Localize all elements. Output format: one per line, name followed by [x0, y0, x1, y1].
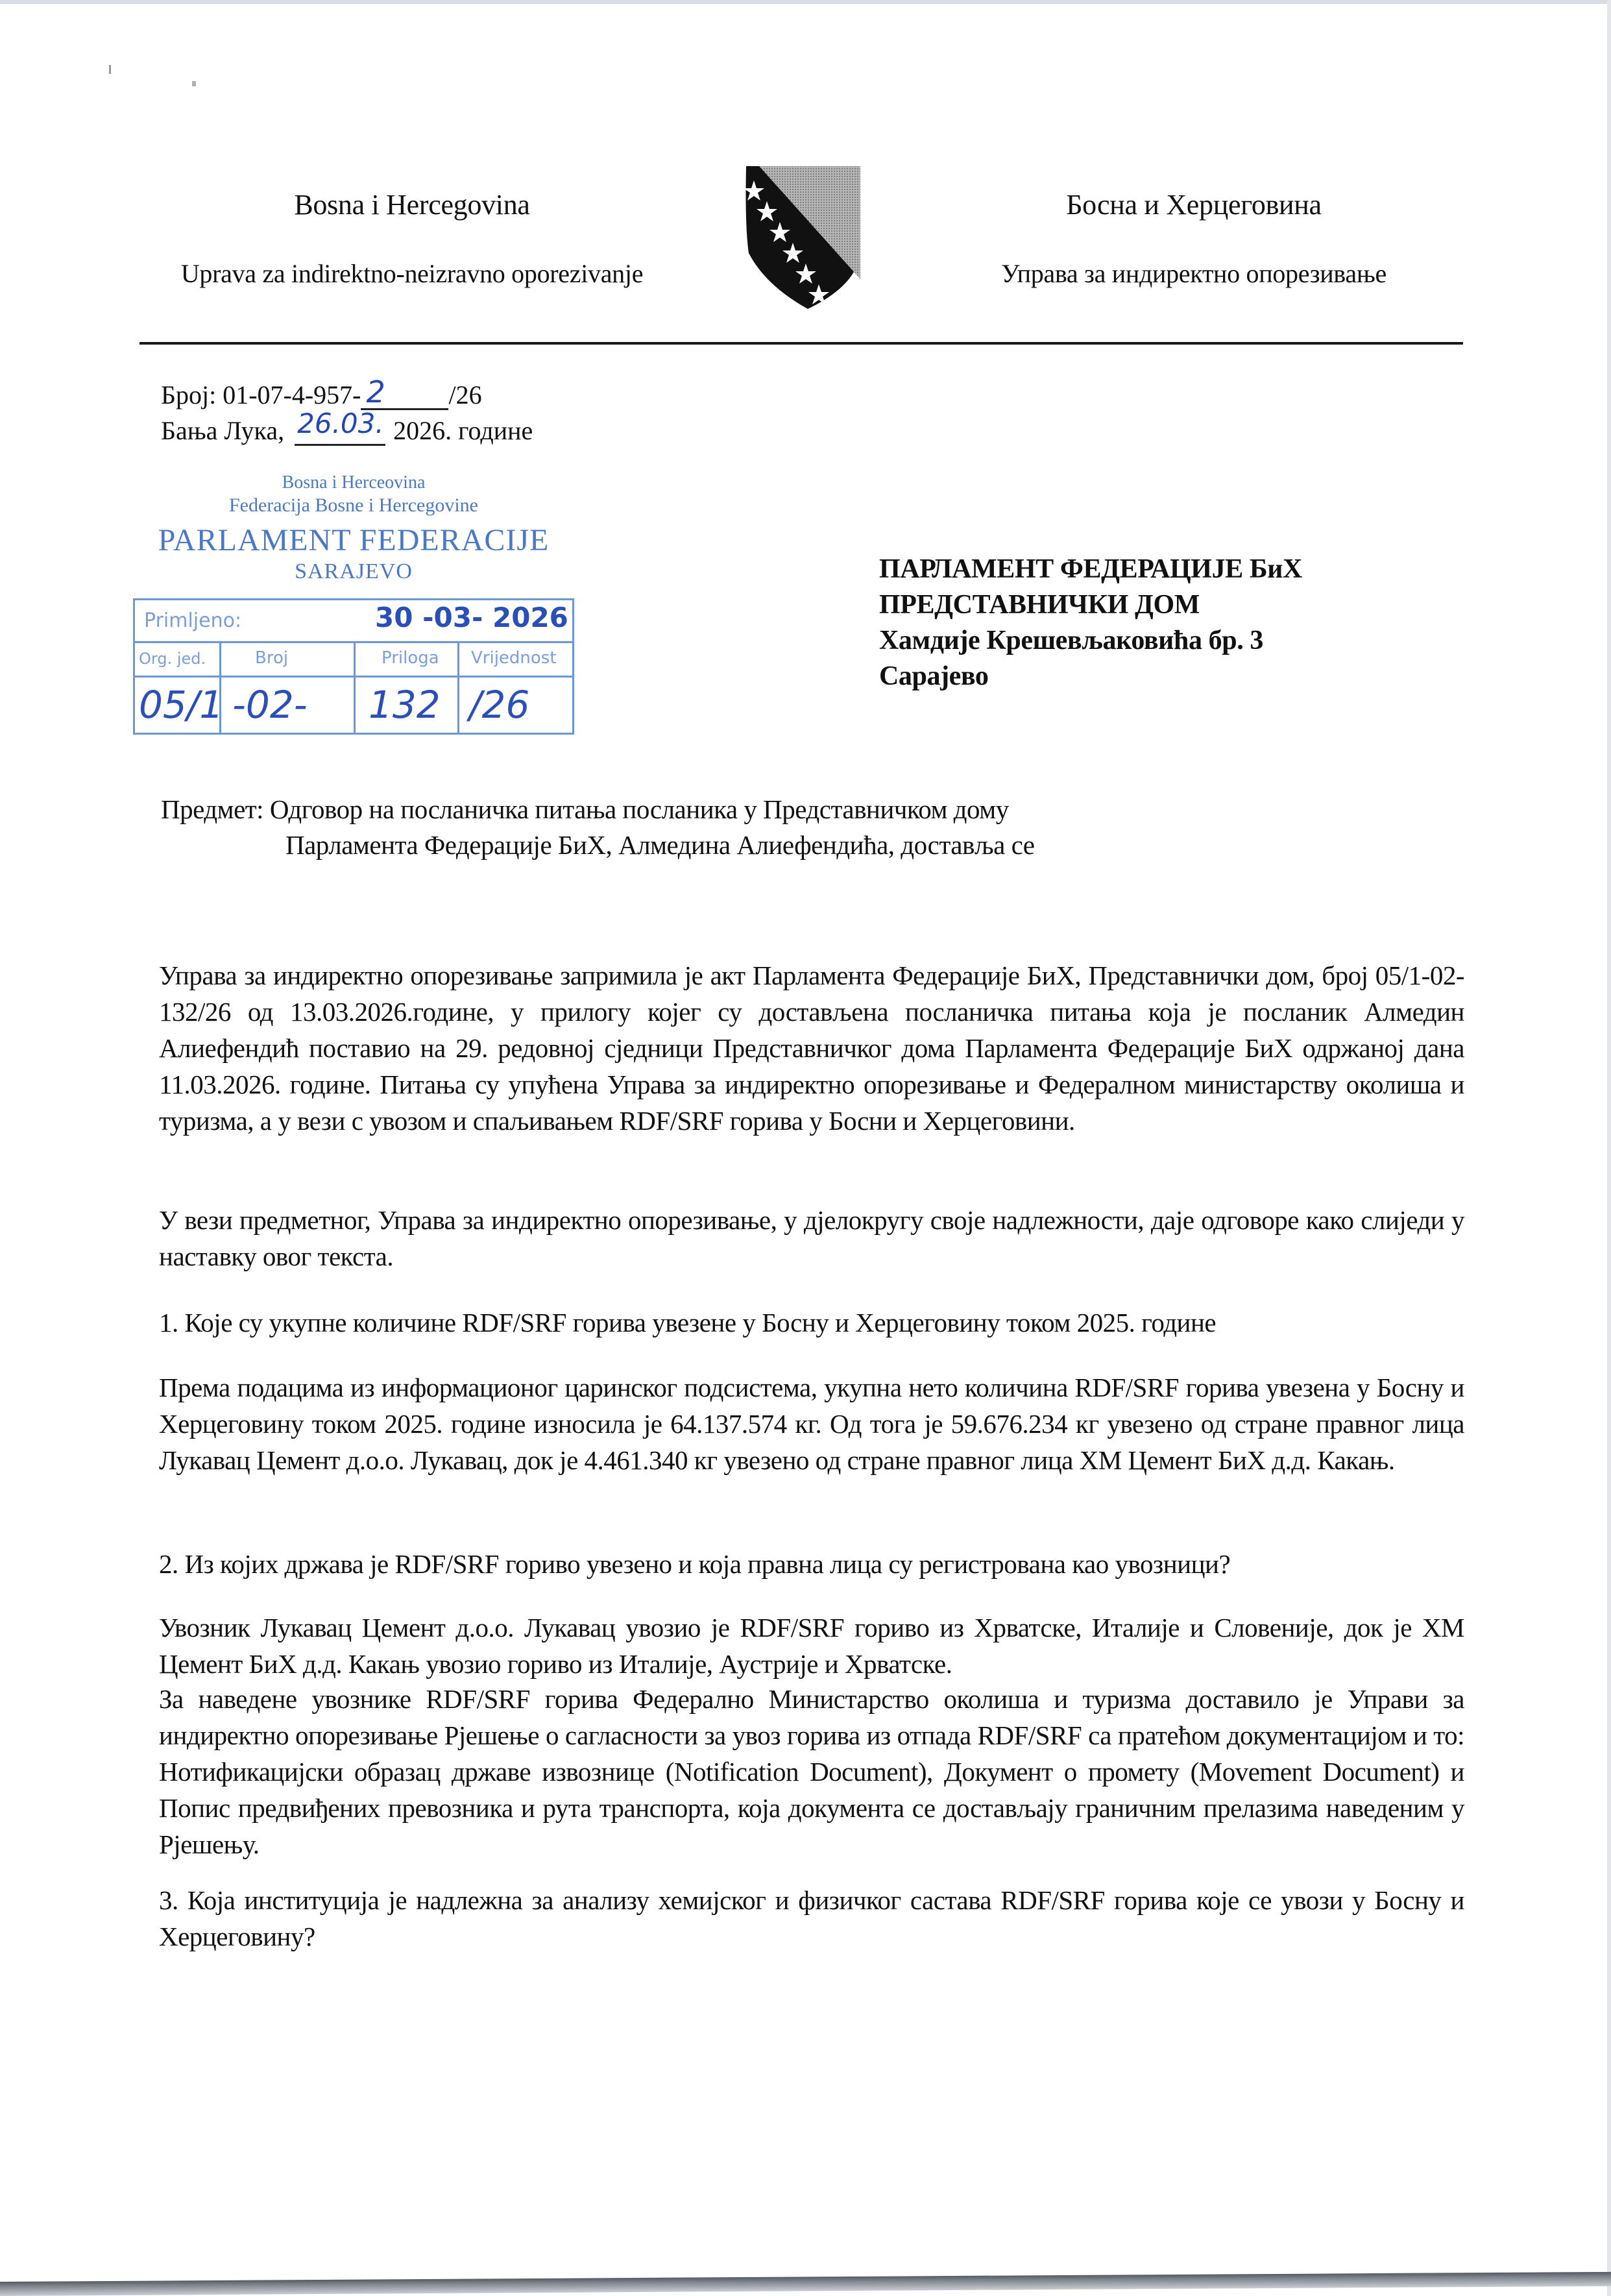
reference-year-suffix: 2026. године — [393, 416, 533, 445]
reference-date-blank: 26.03. — [295, 415, 385, 446]
stamp-col-vrijednost: Vrijednost — [471, 648, 557, 668]
question-3: 3. Која институција је надлежна за анали… — [159, 1882, 1464, 1955]
scan-speck — [109, 65, 111, 74]
reference-number-suffix: /26 — [448, 380, 481, 409]
body-paragraph-intro: Управа за индиректно опорезивање заприми… — [159, 957, 1464, 1139]
bih-coat-of-arms-icon — [740, 162, 869, 311]
stamp-values-row: 05/1 -02- 132 /26 — [135, 678, 572, 733]
stamp-received-row: Primljeno: 30 -03- 2026 — [135, 600, 572, 643]
stamp-value-org: 05/1 — [139, 683, 223, 727]
addressee-line-2: ПРЕДСТАВНИЧКИ ДОМ — [879, 587, 1302, 623]
reference-number-label: Број: 01-07-4-957- — [161, 380, 361, 409]
question-2: 2. Из којих држава је RDF/SRF гориво уве… — [159, 1546, 1464, 1582]
scan-speck — [192, 81, 196, 86]
stamp-line-2: Federacija Bosne i Hercegovine — [133, 495, 574, 517]
reference-number-blank: 2 — [361, 381, 448, 410]
subject-label: Предмет: — [161, 794, 263, 824]
stamp-value-vrijednost: /26 — [469, 683, 529, 727]
stamp-received-date: 30 -03- 2026 — [375, 602, 568, 633]
subject-line-1: Предмет: Одговор на посланичка питања по… — [161, 792, 1009, 827]
body-paragraph-response: У вези предметног, Управа за индиректно … — [159, 1202, 1464, 1275]
answer-2-documents: За наведене увознике RDF/SRF горива Феде… — [159, 1681, 1464, 1862]
addressee-line-1: ПАРЛАМЕНТ ФЕДЕРАЦИЈЕ БиХ — [879, 552, 1302, 587]
header-divider — [139, 342, 1463, 345]
stamp-received-label: Primljeno: — [144, 609, 241, 632]
question-1: 1. Које су укупне количине RDF/SRF горив… — [159, 1304, 1464, 1341]
scan-edge-right — [1607, 0, 1611, 2296]
reference-place-label: Бања Лука, — [161, 416, 284, 445]
header-right-title: Босна и Херцеговина — [967, 188, 1421, 221]
reference-place-date: Бања Лука, 26.03.2026. године — [161, 415, 533, 446]
reference-number: Број: 01-07-4-957-2/26 — [161, 380, 482, 410]
subject-text-1: Одговор на посланичка питања посланика у… — [270, 794, 1009, 824]
stamp-line-3: PARLAMENT FEDERACIJE — [133, 522, 574, 558]
header-left-subtitle: Uprava za indirektno-neizravno oporeziva… — [149, 258, 675, 289]
stamp-col-broj: Broj — [255, 648, 288, 668]
stamp-col-org: Org. jed. — [139, 650, 206, 668]
stamp-line-1: Bosna i Herceovina — [133, 472, 574, 493]
stamp-register-box: Primljeno: 30 -03- 2026 Org. jed. Broj P… — [133, 598, 574, 735]
header-left-title: Bosna i Hercegovina — [182, 188, 642, 221]
reference-number-handwritten: 2 — [366, 374, 385, 409]
answer-2-importers: Увозник Лукавац Цемент д.о.о. Лукавац ув… — [159, 1609, 1464, 1682]
stamp-value-priloga: 132 — [369, 683, 441, 727]
reference-date-handwritten: 26.03. — [297, 408, 384, 439]
scan-edge-top — [0, 0, 1611, 4]
addressee-line-4: Сарајево — [879, 659, 1302, 694]
stamp-col-priloga: Priloga — [382, 648, 439, 668]
stamp-line-4: SARAJEVO — [133, 559, 574, 584]
header-right-subtitle: Управа за индиректно опорезивање — [928, 258, 1460, 289]
stamp-value-broj: -02- — [232, 683, 308, 727]
subject-line-2: Парламента Федерације БиХ, Алмедина Алие… — [285, 827, 1034, 863]
answer-1: Према подацима из информационог царинско… — [159, 1369, 1464, 1478]
addressee-line-3: Хамдије Крешевљаковића бр. 3 — [879, 623, 1302, 659]
scan-edge-bottom — [0, 2272, 1611, 2296]
addressee-block: ПАРЛАМЕНТ ФЕДЕРАЦИЈЕ БиХ ПРЕДСТАВНИЧКИ Д… — [879, 552, 1302, 694]
